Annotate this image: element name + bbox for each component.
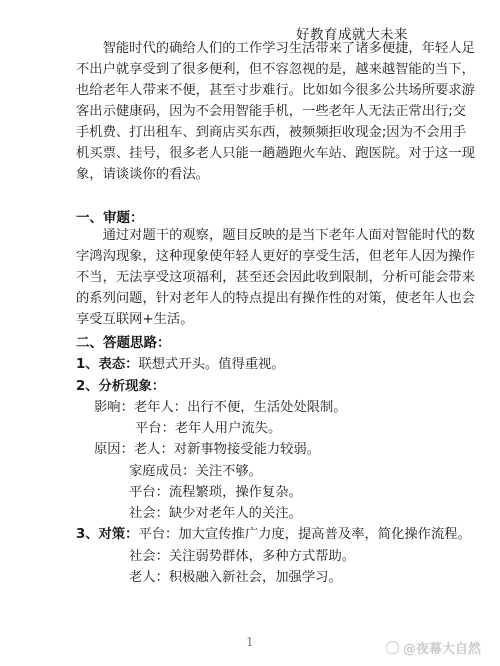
- cause-family: 家庭成员：关注不够。: [129, 464, 262, 479]
- cause-platform: 平台：流程繁琐，操作复杂。: [129, 485, 302, 500]
- item-stance-text: 联想式开头。值得重视。: [138, 357, 284, 372]
- countermeasure-elderly-row: 老人：积极融入新社会，加强学习。: [129, 566, 342, 585]
- section-heading-approach: 二、答题思路：: [76, 331, 171, 351]
- impact-elderly-row: 影响：老年人：出行不便，生活处处限制。: [94, 396, 347, 415]
- watermark-text: @夜幕大自然: [403, 638, 481, 657]
- item-stance-label: 1、表态：: [76, 357, 138, 372]
- countermeasure-platform: 平台：加大宣传推广力度，提高普及率，简化操作流程。: [138, 527, 470, 542]
- countermeasure-label: 3、对策：: [76, 527, 138, 542]
- cause-society-row: 社会：缺少对老年人的关注。: [129, 502, 302, 521]
- cause-elderly-row: 原因：老人：对新事物接受能力较弱。: [94, 438, 320, 457]
- cause-label: 原因：: [94, 442, 134, 457]
- watermark: @夜幕大自然: [386, 638, 481, 657]
- cause-elderly: 老人：对新事物接受能力较弱。: [134, 442, 320, 457]
- prompt-line: 智能时代的确给人们的工作学习生活带来了诸多便捷，年轻人足: [76, 38, 426, 59]
- review-paragraph: 通过对题干的观察，题目反映的是当下老年人面对智能时代的数 字鸿沟现象，这种现象使…: [76, 225, 426, 330]
- countermeasure-society: 社会：关注弱势群体，多种方式帮助。: [129, 549, 355, 564]
- item-analysis-label: 2、分析现象：: [76, 379, 165, 394]
- impact-platform-row: 平台：老年人用户流失。: [135, 417, 281, 436]
- impact-label: 影响：: [94, 400, 134, 415]
- cause-platform-row: 平台：流程繁琐，操作复杂。: [129, 481, 302, 500]
- impact-platform: 平台：老年人用户流失。: [135, 421, 281, 436]
- watermark-logo-icon: [386, 641, 399, 654]
- prompt-paragraph: 智能时代的确给人们的工作学习生活带来了诸多便捷，年轻人足 不出户就享受到了很多便…: [76, 38, 426, 185]
- countermeasure-platform-row: 3、对策：平台：加大宣传推广力度，提高普及率，简化操作流程。: [76, 523, 471, 542]
- countermeasure-society-row: 社会：关注弱势群体，多种方式帮助。: [129, 545, 355, 564]
- prompt-line: 手机费、打出租车、到商店买东西，被频频拒收现金;因为不会用手: [76, 122, 426, 143]
- prompt-line: 也给老年人带来不便，甚至寸步难行。比如如今很多公共场所要求游: [76, 80, 426, 101]
- prompt-line: 客出示健康码，因为不会用智能手机，一些老年人无法正常出行;交: [76, 101, 426, 122]
- review-line: 的系列问题，针对老年人的特点提出有操作性的对策，使老年人也会: [76, 288, 426, 309]
- impact-elderly: 老年人：出行不便，生活处处限制。: [134, 400, 347, 415]
- prompt-line: 不出户就享受到了很多便利，但不容忽视的是，越来越智能的当下，: [76, 59, 426, 80]
- countermeasure-elderly: 老人：积极融入新社会，加强学习。: [129, 570, 342, 585]
- review-line: 字鸿沟现象，这种现象使年轻人更好的享受生活，但老年人因为操作: [76, 246, 426, 267]
- item-stance: 1、表态：联想式开头。值得重视。: [76, 353, 285, 372]
- section-heading-review: 一、审题：: [76, 206, 144, 226]
- item-analysis: 2、分析现象：: [76, 375, 165, 394]
- prompt-line: 机买票、挂号，很多老人只能一趟趟跑火车站、跑医院。对于这一现: [76, 143, 426, 164]
- prompt-line: 象，请谈谈你的看法。: [76, 164, 426, 185]
- document-page: 好教育成就大未来 智能时代的确给人们的工作学习生活带来了诸多便捷，年轻人足 不出…: [0, 0, 500, 666]
- review-line: 不当，无法享受这项福利，甚至还会因此收到限制，分析可能会带来: [76, 267, 426, 288]
- review-line: 享受互联网+生活。: [76, 309, 426, 330]
- page-number: 1: [246, 635, 254, 649]
- cause-society: 社会：缺少对老年人的关注。: [129, 506, 302, 521]
- review-line: 通过对题干的观察，题目反映的是当下老年人面对智能时代的数: [76, 225, 426, 246]
- cause-family-row: 家庭成员：关注不够。: [129, 460, 262, 479]
